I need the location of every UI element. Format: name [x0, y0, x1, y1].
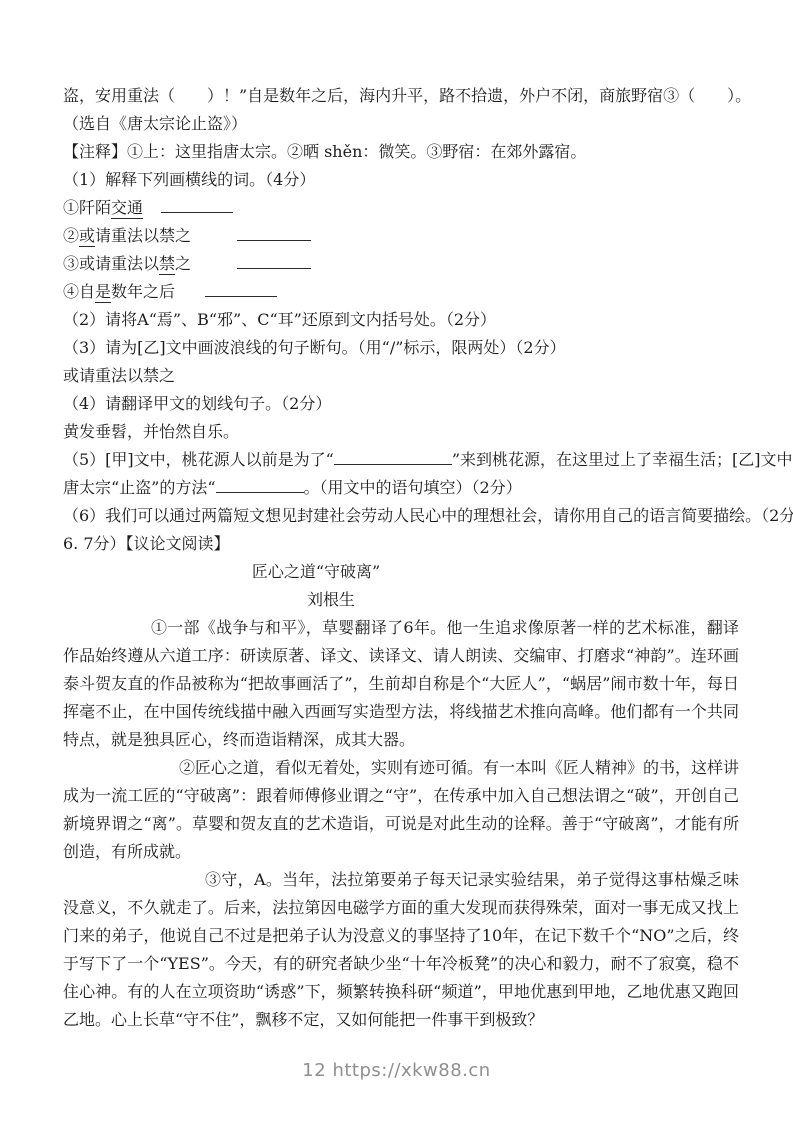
text-segment: ② — [63, 226, 79, 245]
text-segment: 6. 7分）【议论文阅读】 — [63, 534, 230, 553]
notes-line: 【注释】①上：这里指唐太宗。②晒 shěn：微笑。③野宿：在郊外露宿。 — [63, 138, 739, 166]
essay-paragraph-3: ③守，A。当年，法拉第要弟子每天记录实验结果，弟子觉得这事枯燥乏味没意义，不久就… — [63, 866, 739, 1034]
text-segment: （1）解释下列画横线的词。（4分） — [63, 170, 315, 189]
underlined-word: 是 — [95, 282, 111, 303]
spacer — [175, 296, 205, 297]
question-6: （6）我们可以通过两篇短文想见封建社会劳动人民心中的理想社会，请你用自己的语言简… — [63, 502, 739, 530]
word-item-4: ④自是数年之后 — [63, 278, 739, 306]
text-segment: 刘根生 — [307, 590, 355, 609]
answer-blank — [216, 477, 304, 493]
question-5-line-1: （5）[甲]文中，桃花源人以前是为了“”来到桃花源，在这里过上了幸福生活；[乙]… — [63, 446, 739, 474]
quoted-sentence-2: 黄发垂髫，并怡然自乐。 — [63, 418, 739, 446]
text-segment: 唐太宗“止盗”的方法“ — [63, 478, 216, 497]
word-item-2: ②或请重法以禁之 — [63, 222, 739, 250]
text-segment: （4）请翻译甲文的划线句子。（2分） — [63, 394, 331, 413]
text-segment: （选自《唐太宗论止盗》） — [63, 114, 247, 133]
source-line: （选自《唐太宗论止盗》） — [63, 110, 739, 138]
text-segment: （3）请为[乙]文中画波浪线的句子断句。（用“/”标示，限两处）（2分） — [63, 338, 566, 357]
underlined-word: 或 — [79, 226, 95, 247]
question-5-line-2: 唐太宗“止盗”的方法“。（用文中的语句填空）（2分） — [63, 474, 739, 502]
underlined-word: 交通 — [111, 198, 143, 219]
question-3: （3）请为[乙]文中画波浪线的句子断句。（用“/”标示，限两处）（2分） — [63, 334, 739, 362]
text-segment: 。（用文中的语句填空）（2分） — [304, 478, 522, 497]
section-6-header: 6. 7分）【议论文阅读】 — [63, 530, 739, 558]
text-segment: ”来到桃花源，在这里过上了幸福生活；[乙]文中 — [452, 450, 793, 469]
text-segment: 匠心之道“守破离” — [252, 562, 380, 581]
essay-paragraph-2: ②匠心之道，看似无着处，实则有迹可循。有一本叫《匠人精神》的书，这样讲成为一流工… — [63, 754, 739, 866]
essay-paragraph-1: ①一部《战争与和平》，草婴翻译了6年。他一生追求像原著一样的艺术标准，翻译作品始… — [63, 614, 739, 754]
document-content: 盗，安用重法（ ）！”自是数年之后，海内升平，路不拾遗，外户不闭，商旅野宿③（ … — [0, 0, 793, 1034]
text-segment: （6）我们可以通过两篇短文想见封建社会劳动人民心中的理想社会，请你用自己的语言简… — [63, 506, 793, 525]
question-2: （2）请将A“焉”、B“邪”、C“耳”还原到文内括号处。（2分） — [63, 306, 739, 334]
spacer — [191, 268, 237, 269]
answer-blank — [205, 281, 277, 297]
text-segment: （5）[甲]文中，桃花源人以前是为了“ — [63, 450, 334, 469]
answer-blank — [237, 225, 311, 241]
text-segment: 盗，安用重法（ ）！”自是数年之后，海内升平，路不拾遗，外户不闭，商旅野宿③（ … — [63, 86, 751, 105]
page-number: 12 — [302, 1060, 326, 1081]
text-segment: ③或请重法以 — [63, 254, 159, 273]
essay-title: 匠心之道“守破离” — [63, 558, 739, 586]
text-segment: 请重法以禁之 — [95, 226, 191, 245]
page-footer: 12 https://xkw88.cn — [0, 1060, 793, 1081]
quoted-sentence-1: 或请重法以禁之 — [63, 362, 739, 390]
passage-line: 盗，安用重法（ ）！”自是数年之后，海内升平，路不拾遗，外户不闭，商旅野宿③（ … — [63, 82, 739, 110]
footer-url: https://xkw88.cn — [332, 1060, 490, 1081]
exam-page: 盗，安用重法（ ）！”自是数年之后，海内升平，路不拾遗，外户不闭，商旅野宿③（ … — [0, 0, 793, 1122]
text-segment: ④自 — [63, 282, 95, 301]
text-segment: 【注释】①上：这里指唐太宗。②晒 shěn：微笑。③野宿：在郊外露宿。 — [63, 142, 586, 161]
text-segment: 黄发垂髫，并怡然自乐。 — [63, 422, 239, 441]
spacer — [143, 212, 161, 213]
text-segment: 数年之后 — [111, 282, 175, 301]
answer-blank — [161, 197, 233, 213]
essay-author: 刘根生 — [63, 586, 739, 614]
answer-blank — [237, 253, 311, 269]
text-segment: ①阡陌 — [63, 198, 111, 217]
word-item-1: ①阡陌交通 — [63, 194, 739, 222]
question-1: （1）解释下列画横线的词。（4分） — [63, 166, 739, 194]
word-item-3: ③或请重法以禁之 — [63, 250, 739, 278]
answer-blank — [334, 449, 452, 465]
spacer — [191, 240, 237, 241]
question-4: （4）请翻译甲文的划线句子。（2分） — [63, 390, 739, 418]
text-segment: （2）请将A“焉”、B“邪”、C“耳”还原到文内括号处。（2分） — [63, 310, 496, 329]
text-segment: 或请重法以禁之 — [63, 366, 175, 385]
text-segment: 之 — [175, 254, 191, 273]
underlined-word: 禁 — [159, 254, 175, 275]
